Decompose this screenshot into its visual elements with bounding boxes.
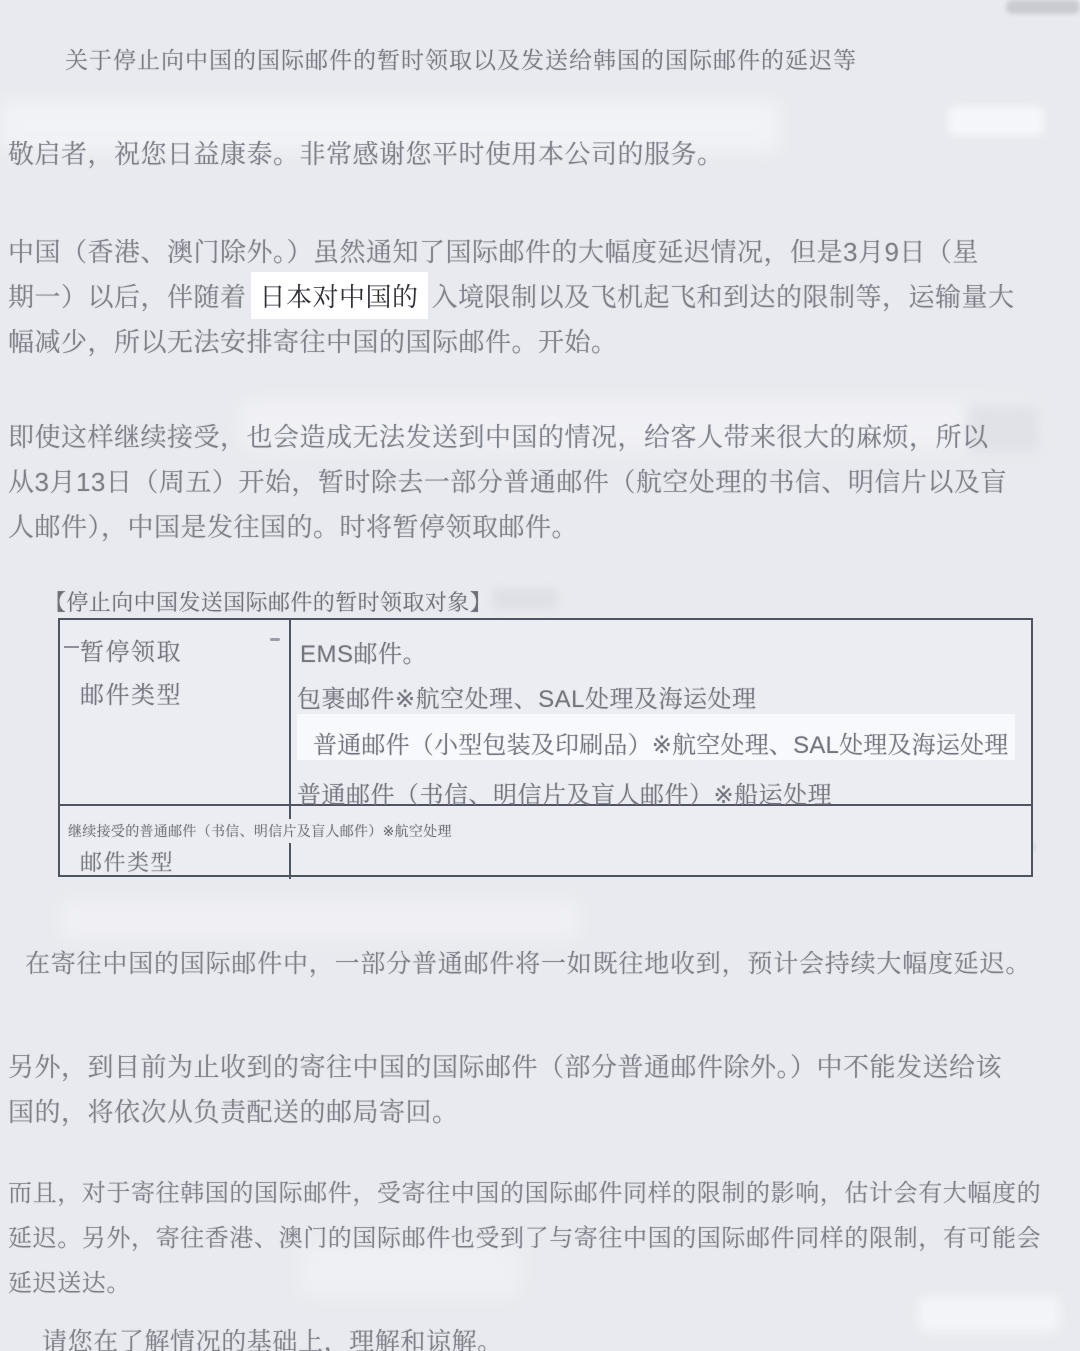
suspended-pickup-label: 暂停领取 bbox=[80, 632, 182, 667]
paragraph-ordinary-mail: 在寄往中国的国际邮件中，一部分普通邮件将一如既往地收到，预计会持续大幅度延迟。 bbox=[25, 944, 1031, 980]
paragraph-return: 另外，到目前为止收到的寄往中国的国际邮件（部分普通邮件除外。）中不能发送给该 国… bbox=[8, 1043, 1002, 1133]
paragraph-notice-line2: 期一）以后，伴随着 日本对中国的 入境限制以及飞机起飞和到达的限制等，运输量大 bbox=[8, 273, 1015, 318]
table-row: EMS邮件。 bbox=[300, 634, 427, 669]
highlighted-phrase: 日本对中国的 bbox=[251, 272, 428, 319]
continued-acceptance-note: 继续接受的普通邮件（书信、明信片及盲人邮件）※航空处理 bbox=[68, 819, 460, 843]
mail-type-label: 邮件类型 bbox=[80, 846, 174, 877]
paragraph-korea-line1: 而且，对于寄往韩国的国际邮件，受寄往中国的国际邮件同样的限制的影响，估计会有大幅… bbox=[8, 1168, 1041, 1213]
scan-artifact-dash bbox=[64, 646, 79, 648]
paragraph-return-line2: 国的，将依次从负责配送的邮局寄回。 bbox=[8, 1088, 1002, 1133]
paragraph-korea: 而且，对于寄往韩国的国际邮件，受寄往中国的国际邮件同样的限制的影响，估计会有大幅… bbox=[8, 1168, 1041, 1303]
table-row: 包裹邮件※航空处理、SAL处理及海运处理 bbox=[297, 679, 756, 714]
paragraph-greeting: 敬启者，祝您日益康泰。非常感谢您平时使用本公司的服务。 bbox=[8, 134, 724, 171]
paragraph-suspension-line1: 即使这样继续接受，也会造成无法发送到中国的情况，给客人带来很大的麻烦，所以 bbox=[8, 413, 1007, 458]
scan-smudge bbox=[60, 898, 580, 940]
paragraph-return-line1: 另外，到目前为止收到的寄往中国的国际邮件（部分普通邮件除外。）中不能发送给该 bbox=[8, 1043, 1002, 1088]
scan-smudge bbox=[492, 588, 558, 610]
table-column-divider bbox=[289, 620, 291, 804]
scan-smudge bbox=[1006, 0, 1080, 14]
paragraph-suspension: 即使这样继续接受，也会造成无法发送到中国的情况，给客人带来很大的麻烦，所以 从3… bbox=[8, 413, 1007, 548]
mail-types-table: 暂停领取 邮件类型 EMS邮件。 包裹邮件※航空处理、SAL处理及海运处理 普通… bbox=[58, 618, 1033, 877]
mail-type-label: 邮件类型 bbox=[80, 675, 182, 710]
paragraph-notice: 中国（香港、澳门除外。）虽然通知了国际邮件的大幅度延迟情况，但是3月9日（星 期… bbox=[8, 228, 1015, 363]
scan-artifact-tick bbox=[270, 638, 280, 641]
table-row: 普通邮件（书信、明信片及盲人邮件）※船运处理 bbox=[297, 775, 832, 810]
paragraph-notice-line1: 中国（香港、澳门除外。）虽然通知了国际邮件的大幅度延迟情况，但是3月9日（星 bbox=[8, 228, 1015, 273]
notice-line2-post: 入境限制以及飞机起飞和到达的限制等，运输量大 bbox=[432, 277, 1015, 314]
paragraph-suspension-line3: 人邮件），中国是发往国的。时将暂停领取邮件。 bbox=[8, 503, 1007, 548]
document-scan: 关于停止向中国的国际邮件的暂时领取以及发送给韩国的国际邮件的延迟等 敬启者，祝您… bbox=[0, 0, 1080, 1351]
scan-smudge bbox=[948, 106, 1044, 136]
paragraph-korea-line2: 延迟。另外，寄往香港、澳门的国际邮件也受到了与寄往中国的国际邮件同样的限制，有可… bbox=[8, 1213, 1041, 1258]
paragraph-notice-line3: 幅减少，所以无法安排寄往中国的国际邮件。开始。 bbox=[8, 318, 1015, 363]
paragraph-korea-line3: 延迟送达。 bbox=[8, 1258, 1041, 1303]
table-caption: 【停止向中国发送国际邮件的暂时领取对象】 bbox=[44, 586, 492, 617]
table-row: 普通邮件（小型包装及印刷品）※航空处理、SAL处理及海运处理 bbox=[313, 725, 1008, 760]
document-title: 关于停止向中国的国际邮件的暂时领取以及发送给韩国的国际邮件的延迟等 bbox=[65, 42, 857, 75]
paragraph-suspension-line2: 从3月13日（周五）开始，暂时除去一部分普通邮件（航空处理的书信、明信片以及盲 bbox=[8, 458, 1007, 503]
paragraph-closing: 请您在了解情况的基础上，理解和谅解。 bbox=[42, 1322, 503, 1351]
notice-line2-pre: 期一）以后，伴随着 bbox=[8, 277, 247, 314]
